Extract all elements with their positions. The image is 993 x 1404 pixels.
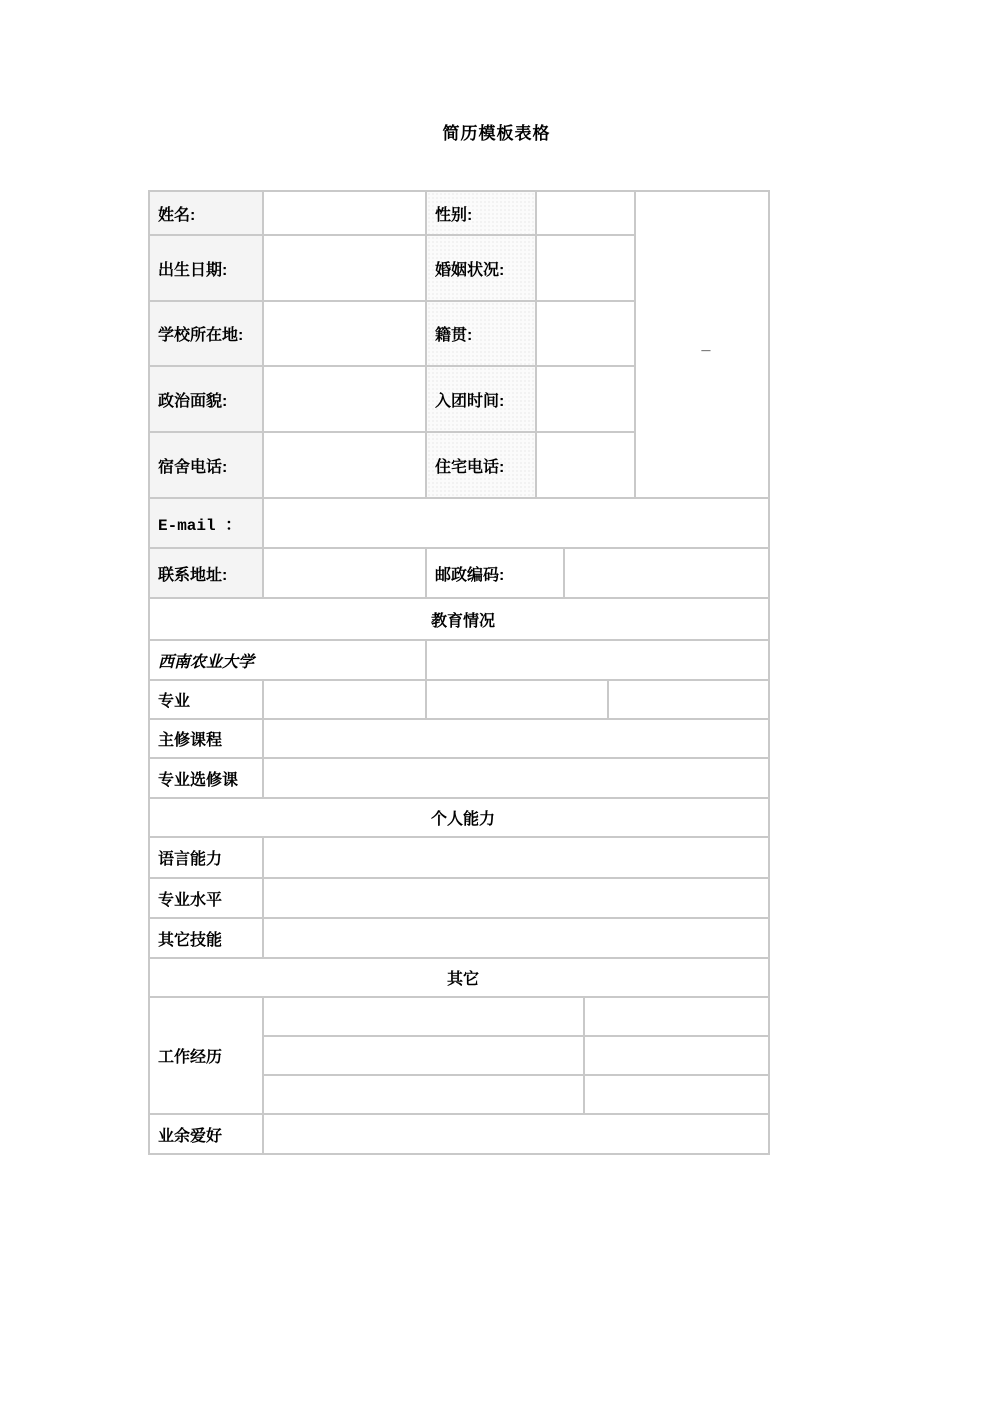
major-value-cell-3[interactable] xyxy=(608,680,769,719)
contact-address-label: 联系地址: xyxy=(149,548,263,598)
table-row: 专业选修课 xyxy=(149,758,769,798)
page-title: 简历模板表格 xyxy=(0,119,993,144)
work-experience-row-3-side-cell[interactable] xyxy=(584,1075,769,1114)
main-courses-label: 主修课程 xyxy=(149,719,263,758)
table-row: 业余爱好 xyxy=(149,1114,769,1154)
postal-code-label: 邮政编码: xyxy=(426,548,564,598)
native-place-label: 籍贯: xyxy=(426,301,536,366)
table-row: 联系地址: 邮政编码: xyxy=(149,548,769,598)
work-experience-row-1-detail-cell[interactable] xyxy=(263,997,584,1036)
major-value-cell-2[interactable] xyxy=(426,680,608,719)
native-place-value-cell[interactable] xyxy=(536,301,635,366)
hobbies-value-cell[interactable] xyxy=(263,1114,769,1154)
work-experience-row-3-detail-cell[interactable] xyxy=(263,1075,584,1114)
professional-level-value-cell[interactable] xyxy=(263,878,769,918)
name-value-cell[interactable] xyxy=(263,191,426,235)
email-label: E-mail ： xyxy=(149,498,263,548)
major-label: 专业 xyxy=(149,680,263,719)
resume-template-table: 姓名: 性别: _ 出生日期: 婚姻状况: 学校所在地: 籍贯: 政治面貌: 入… xyxy=(148,190,770,1155)
school-name: 西南农业大学 xyxy=(149,640,426,680)
league-join-time-value-cell[interactable] xyxy=(536,366,635,432)
home-phone-label: 住宅电话: xyxy=(426,432,536,498)
table-row: 工作经历 xyxy=(149,997,769,1036)
personal-ability-section-header: 个人能力 xyxy=(149,798,769,837)
contact-address-value-cell[interactable] xyxy=(263,548,426,598)
school-name-value-cell[interactable] xyxy=(426,640,769,680)
other-skills-value-cell[interactable] xyxy=(263,918,769,958)
other-skills-label: 其它技能 xyxy=(149,918,263,958)
table-row: 语言能力 xyxy=(149,837,769,878)
dorm-phone-label: 宿舍电话: xyxy=(149,432,263,498)
table-row: 主修课程 xyxy=(149,719,769,758)
gender-label: 性别: xyxy=(426,191,536,235)
work-experience-row-2-side-cell[interactable] xyxy=(584,1036,769,1075)
language-ability-label: 语言能力 xyxy=(149,837,263,878)
main-courses-value-cell[interactable] xyxy=(263,719,769,758)
table-row: 其它 xyxy=(149,958,769,997)
table-row: 专业 xyxy=(149,680,769,719)
professional-level-label: 专业水平 xyxy=(149,878,263,918)
major-electives-value-cell[interactable] xyxy=(263,758,769,798)
work-experience-label: 工作经历 xyxy=(149,997,263,1114)
table-row: 西南农业大学 xyxy=(149,640,769,680)
birth-date-value-cell[interactable] xyxy=(263,235,426,301)
dorm-phone-value-cell[interactable] xyxy=(263,432,426,498)
name-label: 姓名: xyxy=(149,191,263,235)
political-status-value-cell[interactable] xyxy=(263,366,426,432)
table-row: 专业水平 xyxy=(149,878,769,918)
major-value-cell-1[interactable] xyxy=(263,680,426,719)
political-status-label: 政治面貌: xyxy=(149,366,263,432)
marital-status-label: 婚姻状况: xyxy=(426,235,536,301)
other-section-header: 其它 xyxy=(149,958,769,997)
school-location-label: 学校所在地: xyxy=(149,301,263,366)
work-experience-row-1-side-cell[interactable] xyxy=(584,997,769,1036)
marital-status-value-cell[interactable] xyxy=(536,235,635,301)
gender-value-cell[interactable] xyxy=(536,191,635,235)
table-row: 姓名: 性别: _ xyxy=(149,191,769,235)
education-section-header: 教育情况 xyxy=(149,598,769,640)
birth-date-label: 出生日期: xyxy=(149,235,263,301)
table-row: 教育情况 xyxy=(149,598,769,640)
table-row: 其它技能 xyxy=(149,918,769,958)
table-row: 个人能力 xyxy=(149,798,769,837)
league-join-time-label: 入团时间: xyxy=(426,366,536,432)
email-value-cell[interactable] xyxy=(263,498,769,548)
table-row: E-mail ： xyxy=(149,498,769,548)
language-ability-value-cell[interactable] xyxy=(263,837,769,878)
home-phone-value-cell[interactable] xyxy=(536,432,635,498)
hobbies-label: 业余爱好 xyxy=(149,1114,263,1154)
work-experience-row-2-detail-cell[interactable] xyxy=(263,1036,584,1075)
postal-code-value-cell[interactable] xyxy=(564,548,769,598)
photo-cell[interactable]: _ xyxy=(635,191,769,498)
major-electives-label: 专业选修课 xyxy=(149,758,263,798)
school-location-value-cell[interactable] xyxy=(263,301,426,366)
